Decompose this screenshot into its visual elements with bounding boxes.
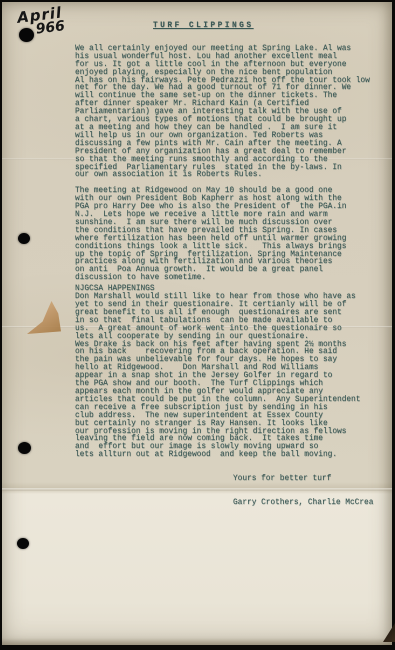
handwritten-year: 966 [35,19,66,37]
hole-punch [18,442,31,454]
paragraph-ridgewood-meeting: The meeting at Ridgewood on May 10 shoul… [75,188,395,283]
signoff-authors: Garry Crothers, Charlie McCrea [233,500,395,508]
scanned-paper: April 966 TURF CLIPPINGS We all certainl… [2,2,392,645]
signoff-line: Yours for better turf [233,476,395,484]
document-title: TURF CLIPPINGS [153,23,254,31]
signoff-block: Yours for better turf Garry Crothers, Ch… [75,460,395,523]
paragraph-njgcsa-happenings: Don Marshall would still like to hear fr… [75,294,395,460]
handwritten-date: April 966 [16,5,65,39]
hole-punch [17,538,29,549]
stain-mark [27,301,61,334]
corner-tear [383,623,395,642]
paragraph-spring-lake-meeting: We all certainly enjoyed our meeting at … [75,46,395,180]
typed-content: TURF CLIPPINGS We all certainly enjoyed … [75,23,395,523]
hole-punch [18,233,30,244]
